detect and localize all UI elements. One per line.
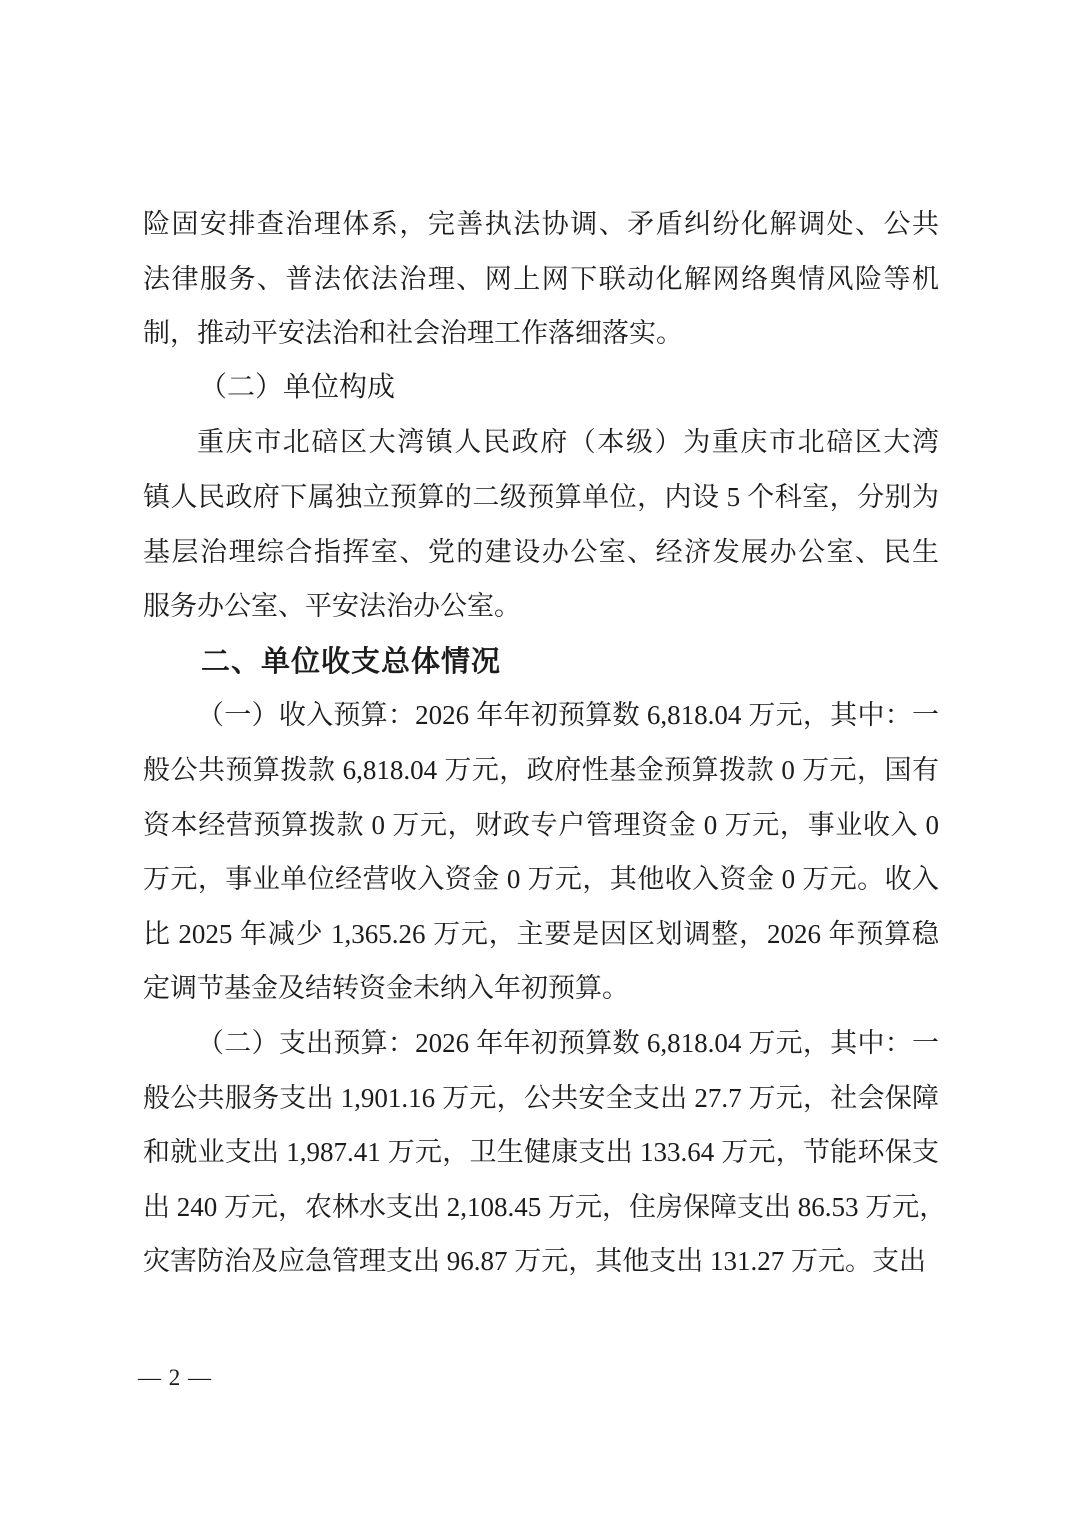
text-line: （二）支出预算：2026 年年初预算数 6,818.04 万元，其中：一 xyxy=(143,1016,939,1071)
text-line: 重庆市北碚区大湾镇人民政府（本级）为重庆市北碚区大湾 xyxy=(143,415,939,470)
text-line: 制，推动平安法治和社会治理工作落细落实。 xyxy=(143,306,939,361)
text-line: 比 2025 年减少 1,365.26 万元，主要是因区划调整，2026 年预算… xyxy=(143,907,939,962)
document-page: 险固安排查治理体系，完善执法协调、矛盾纠纷化解调处、公共法律服务、普法依法治理、… xyxy=(0,0,1074,1520)
text-line: 灾害防治及应急管理支出 96.87 万元，其他支出 131.27 万元。支出 xyxy=(143,1234,939,1289)
text-line: 镇人民政府下属独立预算的二级预算单位，内设 5 个科室，分别为 xyxy=(143,470,939,525)
text-line: 险固安排查治理体系，完善执法协调、矛盾纠纷化解调处、公共 xyxy=(143,197,939,252)
text-line: 和就业支出 1,987.41 万元，卫生健康支出 133.64 万元，节能环保支 xyxy=(143,1125,939,1180)
text-line: 般公共预算拨款 6,818.04 万元，政府性基金预算拨款 0 万元，国有 xyxy=(143,743,939,798)
text-line: 定调节基金及结转资金未纳入年初预算。 xyxy=(143,961,939,1016)
para-unit-composition: 重庆市北碚区大湾镇人民政府（本级）为重庆市北碚区大湾镇人民政府下属独立预算的二级… xyxy=(143,415,939,633)
text-line: （一）收入预算：2026 年年初预算数 6,818.04 万元，其中：一 xyxy=(143,688,939,743)
text-line: 般公共服务支出 1,901.16 万元，公共安全支出 27.7 万元，社会保障 xyxy=(143,1071,939,1126)
document-body: 险固安排查治理体系，完善执法协调、矛盾纠纷化解调处、公共法律服务、普法依法治理、… xyxy=(143,197,939,1289)
para-safety-governance-continued: 险固安排查治理体系，完善执法协调、矛盾纠纷化解调处、公共法律服务、普法依法治理、… xyxy=(143,197,939,361)
text-line: 资本经营预算拨款 0 万元，财政专户管理资金 0 万元，事业收入 0 xyxy=(143,798,939,853)
heading-section-two-revenue-expenditure-overview: 二、单位收支总体情况 xyxy=(143,634,939,689)
text-line: 万元，事业单位经营收入资金 0 万元，其他收入资金 0 万元。收入 xyxy=(143,852,939,907)
page-number: — 2 — xyxy=(138,1365,212,1390)
para-expenditure-budget: （二）支出预算：2026 年年初预算数 6,818.04 万元，其中：一般公共服… xyxy=(143,1016,939,1289)
text-line: 基层治理综合指挥室、党的建设办公室、经济发展办公室、民生 xyxy=(143,525,939,580)
subheading-unit-composition: （二）单位构成 xyxy=(143,361,939,416)
para-income-budget: （一）收入预算：2026 年年初预算数 6,818.04 万元，其中：一般公共预… xyxy=(143,688,939,1016)
text-line: 出 240 万元，农林水支出 2,108.45 万元，住房保障支出 86.53 … xyxy=(143,1180,939,1235)
text-line: （二）单位构成 xyxy=(143,361,939,416)
text-line: 服务办公室、平安法治办公室。 xyxy=(143,579,939,634)
text-line: 法律服务、普法依法治理、网上网下联动化解网络舆情风险等机 xyxy=(143,252,939,307)
text-line: 二、单位收支总体情况 xyxy=(143,634,939,689)
page-footer: — 2 — xyxy=(138,1362,212,1394)
